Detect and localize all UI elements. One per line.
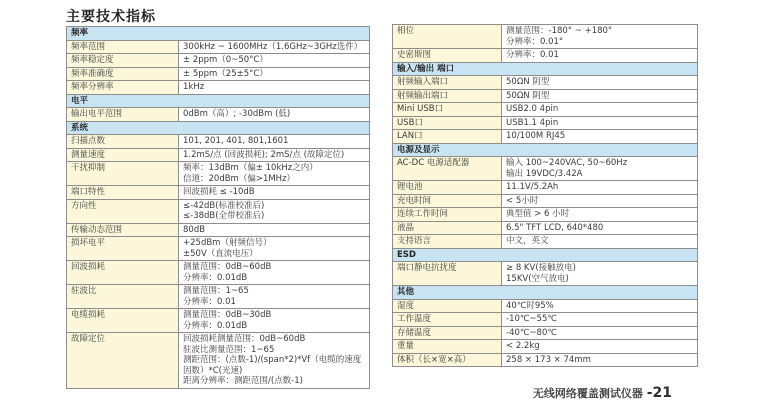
spec-label-cell: 体积（长×宽×高） [393, 354, 502, 367]
spec-row: 端口静电抗扰度≥ 8 KV(接触放电)15KV(空气放电) [393, 261, 697, 285]
value-line: ±50V（直流电压） [183, 249, 365, 260]
spec-label-cell: 频率范围 [67, 41, 179, 54]
spec-row: 故障定位回波损耗测量范围：0dB~60dB驻波比测量范围：1~65测距范围：(点… [67, 332, 369, 388]
spec-value-cell: 1kHz [179, 81, 369, 94]
value-line: 分辨率：0.01 [506, 50, 693, 61]
spec-value-cell: 101, 201, 401, 801,1601 [179, 135, 369, 148]
spec-value-cell: -40℃~80℃ [502, 327, 697, 340]
value-line: 输出 19VDC/3.42A [506, 169, 693, 180]
spec-label-cell: AC-DC 电源适配器 [393, 157, 502, 180]
value-line: 15KV(空气放电) [506, 274, 693, 285]
spec-label-cell: 扫描点数 [67, 135, 179, 148]
spec-row: 射频输出端口50ΩN 阴型 [393, 89, 697, 103]
page-title: 主要技术指标 [66, 6, 156, 26]
section-header-label: 电源及显示 [393, 144, 697, 157]
section-header-row: ESD [393, 248, 697, 262]
spec-label-cell: 支持语言 [393, 235, 502, 248]
value-line: 输入 100~240VAC, 50~60Hz [506, 158, 693, 169]
spec-value-cell: -10℃~55℃ [502, 313, 697, 326]
spec-value-cell: USB2.0 4pin [502, 103, 697, 116]
spec-label-cell: 湿度 [393, 300, 502, 313]
section-header-row: 输入/输出 端口 [393, 62, 697, 76]
spec-value-cell: 典型值 > 6 小时 [502, 208, 697, 221]
value-line: 6.5" TFT LCD, 640*480 [506, 223, 693, 234]
spec-label-cell: 锂电池 [393, 181, 502, 194]
spec-value-cell: 258 × 173 × 74mm [502, 354, 697, 367]
spec-table-ports-power-other: 相位测量范围：-180° ~ +180°分辨率：0.01°史密斯图分辨率：0.0… [392, 24, 698, 367]
value-line: 测量范围：-180° ~ +180° [506, 26, 693, 37]
value-line: 0dBm（高）; -30dBm (低) [183, 109, 365, 120]
spec-row: 频率分辨率1kHz [67, 80, 369, 94]
spec-value-cell: 40℃时95% [502, 300, 697, 313]
spec-row: 传输动态范围80dB [67, 223, 369, 237]
spec-row: 驻波比测量范围：1~65分辨率：0.01 [67, 284, 369, 308]
value-line: 50ΩN 阴型 [506, 91, 693, 102]
spec-row: 频率稳定度± 2ppm（0~50°C） [67, 53, 369, 67]
spec-row: LAN口10/100M RJ45 [393, 129, 697, 143]
value-line: 典型值 > 6 小时 [506, 209, 693, 220]
spec-row: 工作温度-10℃~55℃ [393, 312, 697, 326]
spec-row: Mini USB口USB2.0 4pin [393, 102, 697, 116]
spec-row: 充电时间< 5小时 [393, 194, 697, 208]
spec-value-cell: 11.1V/5.2Ah [502, 181, 697, 194]
spec-value-cell: 输入 100~240VAC, 50~60Hz输出 19VDC/3.42A [502, 157, 697, 180]
spec-row: 频率准确度± 5ppm（25±5°C） [67, 67, 369, 81]
value-line: USB2.0 4pin [506, 104, 693, 115]
spec-label-cell: 频率稳定度 [67, 54, 179, 67]
section-header-row: 频率 [67, 27, 369, 40]
spec-row: 锂电池11.1V/5.2Ah [393, 180, 697, 194]
spec-value-cell: ± 5ppm（25±5°C） [179, 68, 369, 81]
section-header-label: 其他 [393, 286, 697, 299]
spec-value-cell: 测量范围：0dB~60dB分辨率：0.01dB [179, 261, 369, 284]
spec-value-cell: 1.2mS/点 (回波损耗); 2mS/点 (故障定位) [179, 149, 369, 162]
spec-value-cell: 10/100M RJ45 [502, 130, 697, 143]
spec-label-cell: 频率分辨率 [67, 81, 179, 94]
spec-label-cell: 干扰抑制 [67, 162, 179, 185]
spec-value-cell: 300kHz ~ 1600MHz（1.6GHz~3GHz选件） [179, 41, 369, 54]
spec-row: 频率范围300kHz ~ 1600MHz（1.6GHz~3GHz选件） [67, 40, 369, 54]
section-header-label: 频率 [67, 27, 369, 40]
spec-row: 输出电平范围0dBm（高）; -30dBm (低) [67, 107, 369, 121]
spec-label-cell: 驻波比 [67, 285, 179, 308]
spec-label-cell: 方向性 [67, 200, 179, 223]
spec-value-cell: 测量范围：0dB~30dB分辨率：0.01dB [179, 309, 369, 332]
spec-row: 测量速度1.2mS/点 (回波损耗); 2mS/点 (故障定位) [67, 148, 369, 162]
value-line: 40℃时95% [506, 301, 693, 312]
value-line: 回波损耗测量范围：0dB~60dB [183, 334, 365, 345]
value-line: ≤-42dB(标准校准后) [183, 201, 365, 212]
spec-row: 射频输入端口50ΩN 阴型 [393, 75, 697, 89]
spec-label-cell: 回波损耗 [67, 261, 179, 284]
spec-value-cell: 中文，英文 [502, 235, 697, 248]
section-header-row: 系统 [67, 121, 369, 135]
section-header-row: 其他 [393, 285, 697, 299]
spec-value-cell: ± 2ppm（0~50°C） [179, 54, 369, 67]
spec-row: AC-DC 电源适配器输入 100~240VAC, 50~60Hz输出 19VD… [393, 156, 697, 180]
spec-row: 史密斯图分辨率：0.01 [393, 48, 697, 62]
spec-value-cell: < 2.2kg [502, 340, 697, 353]
value-line: 驻波比测量范围：1~65 [183, 345, 365, 356]
value-line: 分辨率：0.01° [506, 37, 693, 48]
value-line: 300kHz ~ 1600MHz（1.6GHz~3GHz选件） [183, 42, 365, 53]
value-line: ≥ 8 KV(接触放电) [506, 263, 693, 274]
spec-label-cell: 相位 [393, 25, 502, 48]
spec-row: 体积（长×宽×高）258 × 173 × 74mm [393, 353, 697, 367]
spec-row: 液晶6.5" TFT LCD, 640*480 [393, 221, 697, 235]
value-line: 258 × 173 × 74mm [506, 355, 693, 366]
spec-label-cell: USB口 [393, 117, 502, 130]
spec-label-cell: 故障定位 [67, 333, 179, 388]
value-line: USB1.1 4pin [506, 118, 693, 129]
spec-row: 扫描点数101, 201, 401, 801,1601 [67, 134, 369, 148]
value-line: 测量范围：1~65 [183, 286, 365, 297]
value-line: 10/100M RJ45 [506, 131, 693, 142]
spec-label-cell: 连续工作时间 [393, 208, 502, 221]
value-line: 101, 201, 401, 801,1601 [183, 136, 365, 147]
value-line: 1kHz [183, 82, 365, 93]
section-header-label: ESD [393, 249, 697, 262]
spec-row: USB口USB1.1 4pin [393, 116, 697, 130]
value-line: 测距范围：(点数-1)/(span*2)*Vf（电缆的速度因数）*C(光速) [183, 355, 365, 376]
spec-row: 回波损耗测量范围：0dB~60dB分辨率：0.01dB [67, 260, 369, 284]
spec-row: 干扰抑制频率：13dBm（偏± 10kHz之内）信道：20dBm（偏>1MHz） [67, 161, 369, 185]
spec-label-cell: 史密斯图 [393, 49, 502, 62]
value-line: 80dB [183, 225, 365, 236]
spec-label-cell: 液晶 [393, 222, 502, 235]
value-line: 分辨率：0.01dB [183, 273, 365, 284]
value-line: < 5小时 [506, 196, 693, 207]
spec-label-cell: 射频输出端口 [393, 90, 502, 103]
section-header-label: 系统 [67, 122, 369, 135]
value-line: < 2.2kg [506, 341, 693, 352]
value-line: 50ΩN 阴型 [506, 77, 693, 88]
value-line: 频率：13dBm（偏± 10kHz之内） [183, 163, 365, 174]
spec-label-cell: 存储温度 [393, 327, 502, 340]
spec-label-cell: 重量 [393, 340, 502, 353]
spec-row: 重量< 2.2kg [393, 339, 697, 353]
spec-label-cell: 工作温度 [393, 313, 502, 326]
spec-label-cell: 输出电平范围 [67, 108, 179, 121]
spec-value-cell: < 5小时 [502, 195, 697, 208]
spec-value-cell: ≥ 8 KV(接触放电)15KV(空气放电) [502, 262, 697, 285]
spec-row: 支持语言中文，英文 [393, 234, 697, 248]
value-line: 中文，英文 [506, 236, 693, 247]
value-line: 分辨率：0.01 [183, 297, 365, 308]
spec-value-cell: 测量范围：-180° ~ +180°分辨率：0.01° [502, 25, 697, 48]
spec-value-cell: 6.5" TFT LCD, 640*480 [502, 222, 697, 235]
spec-value-cell: ≤-42dB(标准校准后)≤-38dB(全带校准后) [179, 200, 369, 223]
value-line: 1.2mS/点 (回波损耗); 2mS/点 (故障定位) [183, 150, 365, 161]
spec-row: 湿度40℃时95% [393, 299, 697, 313]
spec-row: 相位测量范围：-180° ~ +180°分辨率：0.01° [393, 25, 697, 48]
value-line: ≤-38dB(全带校准后) [183, 211, 365, 222]
spec-row: 存储温度-40℃~80℃ [393, 326, 697, 340]
value-line: ± 2ppm（0~50°C） [183, 55, 365, 66]
spec-row: 电缆损耗测量范围：0dB~30dB分辨率：0.01dB [67, 308, 369, 332]
footer-page-number: -21 [647, 385, 672, 401]
value-line: -40℃~80℃ [506, 328, 693, 339]
page-footer: 无线网络覆盖测试仪器 -21 [533, 385, 672, 401]
value-line: -10℃~55℃ [506, 314, 693, 325]
spec-value-cell: 测量范围：1~65分辨率：0.01 [179, 285, 369, 308]
spec-value-cell: 50ΩN 阴型 [502, 76, 697, 89]
spec-table-frequency-system: 频率频率范围300kHz ~ 1600MHz（1.6GHz~3GHz选件）频率稳… [66, 26, 370, 389]
section-header-row: 电源及显示 [393, 143, 697, 157]
spec-value-cell: USB1.1 4pin [502, 117, 697, 130]
spec-row: 损坏电平+25dBm（射频信号）±50V（直流电压） [67, 236, 369, 260]
value-line: 回波损耗 ≤ -10dB [183, 187, 365, 198]
value-line: 信道：20dBm（偏>1MHz） [183, 174, 365, 185]
section-header-row: 电平 [67, 94, 369, 108]
value-line: 测量范围：0dB~60dB [183, 262, 365, 273]
value-line: 11.1V/5.2Ah [506, 182, 693, 193]
section-header-label: 输入/输出 端口 [393, 63, 697, 76]
spec-label-cell: 端口静电抗扰度 [393, 262, 502, 285]
spec-label-cell: 测量速度 [67, 149, 179, 162]
spec-label-cell: Mini USB口 [393, 103, 502, 116]
spec-value-cell: 频率：13dBm（偏± 10kHz之内）信道：20dBm（偏>1MHz） [179, 162, 369, 185]
spec-value-cell: 0dBm（高）; -30dBm (低) [179, 108, 369, 121]
spec-label-cell: 射频输入端口 [393, 76, 502, 89]
value-line: ± 5ppm（25±5°C） [183, 69, 365, 80]
spec-row: 方向性≤-42dB(标准校准后)≤-38dB(全带校准后) [67, 199, 369, 223]
value-line: +25dBm（射频信号） [183, 238, 365, 249]
footer-text: 无线网络覆盖测试仪器 [533, 387, 643, 400]
spec-label-cell: 损坏电平 [67, 237, 179, 260]
spec-value-cell: +25dBm（射频信号）±50V（直流电压） [179, 237, 369, 260]
spec-label-cell: 端口特性 [67, 186, 179, 199]
spec-value-cell: 80dB [179, 224, 369, 237]
spec-value-cell: 50ΩN 阴型 [502, 90, 697, 103]
value-line: 分辨率：0.01dB [183, 321, 365, 332]
spec-value-cell: 分辨率：0.01 [502, 49, 697, 62]
spec-label-cell: 充电时间 [393, 195, 502, 208]
spec-row: 端口特性回波损耗 ≤ -10dB [67, 185, 369, 199]
spec-label-cell: 频率准确度 [67, 68, 179, 81]
spec-label-cell: LAN口 [393, 130, 502, 143]
value-line: 测量范围：0dB~30dB [183, 310, 365, 321]
spec-label-cell: 电缆损耗 [67, 309, 179, 332]
spec-label-cell: 传输动态范围 [67, 224, 179, 237]
spec-value-cell: 回波损耗测量范围：0dB~60dB驻波比测量范围：1~65测距范围：(点数-1)… [179, 333, 369, 388]
section-header-label: 电平 [67, 95, 369, 108]
spec-row: 连续工作时间典型值 > 6 小时 [393, 207, 697, 221]
value-line: 距离分辨率：测距范围/(点数-1) [183, 376, 365, 387]
spec-value-cell: 回波损耗 ≤ -10dB [179, 186, 369, 199]
